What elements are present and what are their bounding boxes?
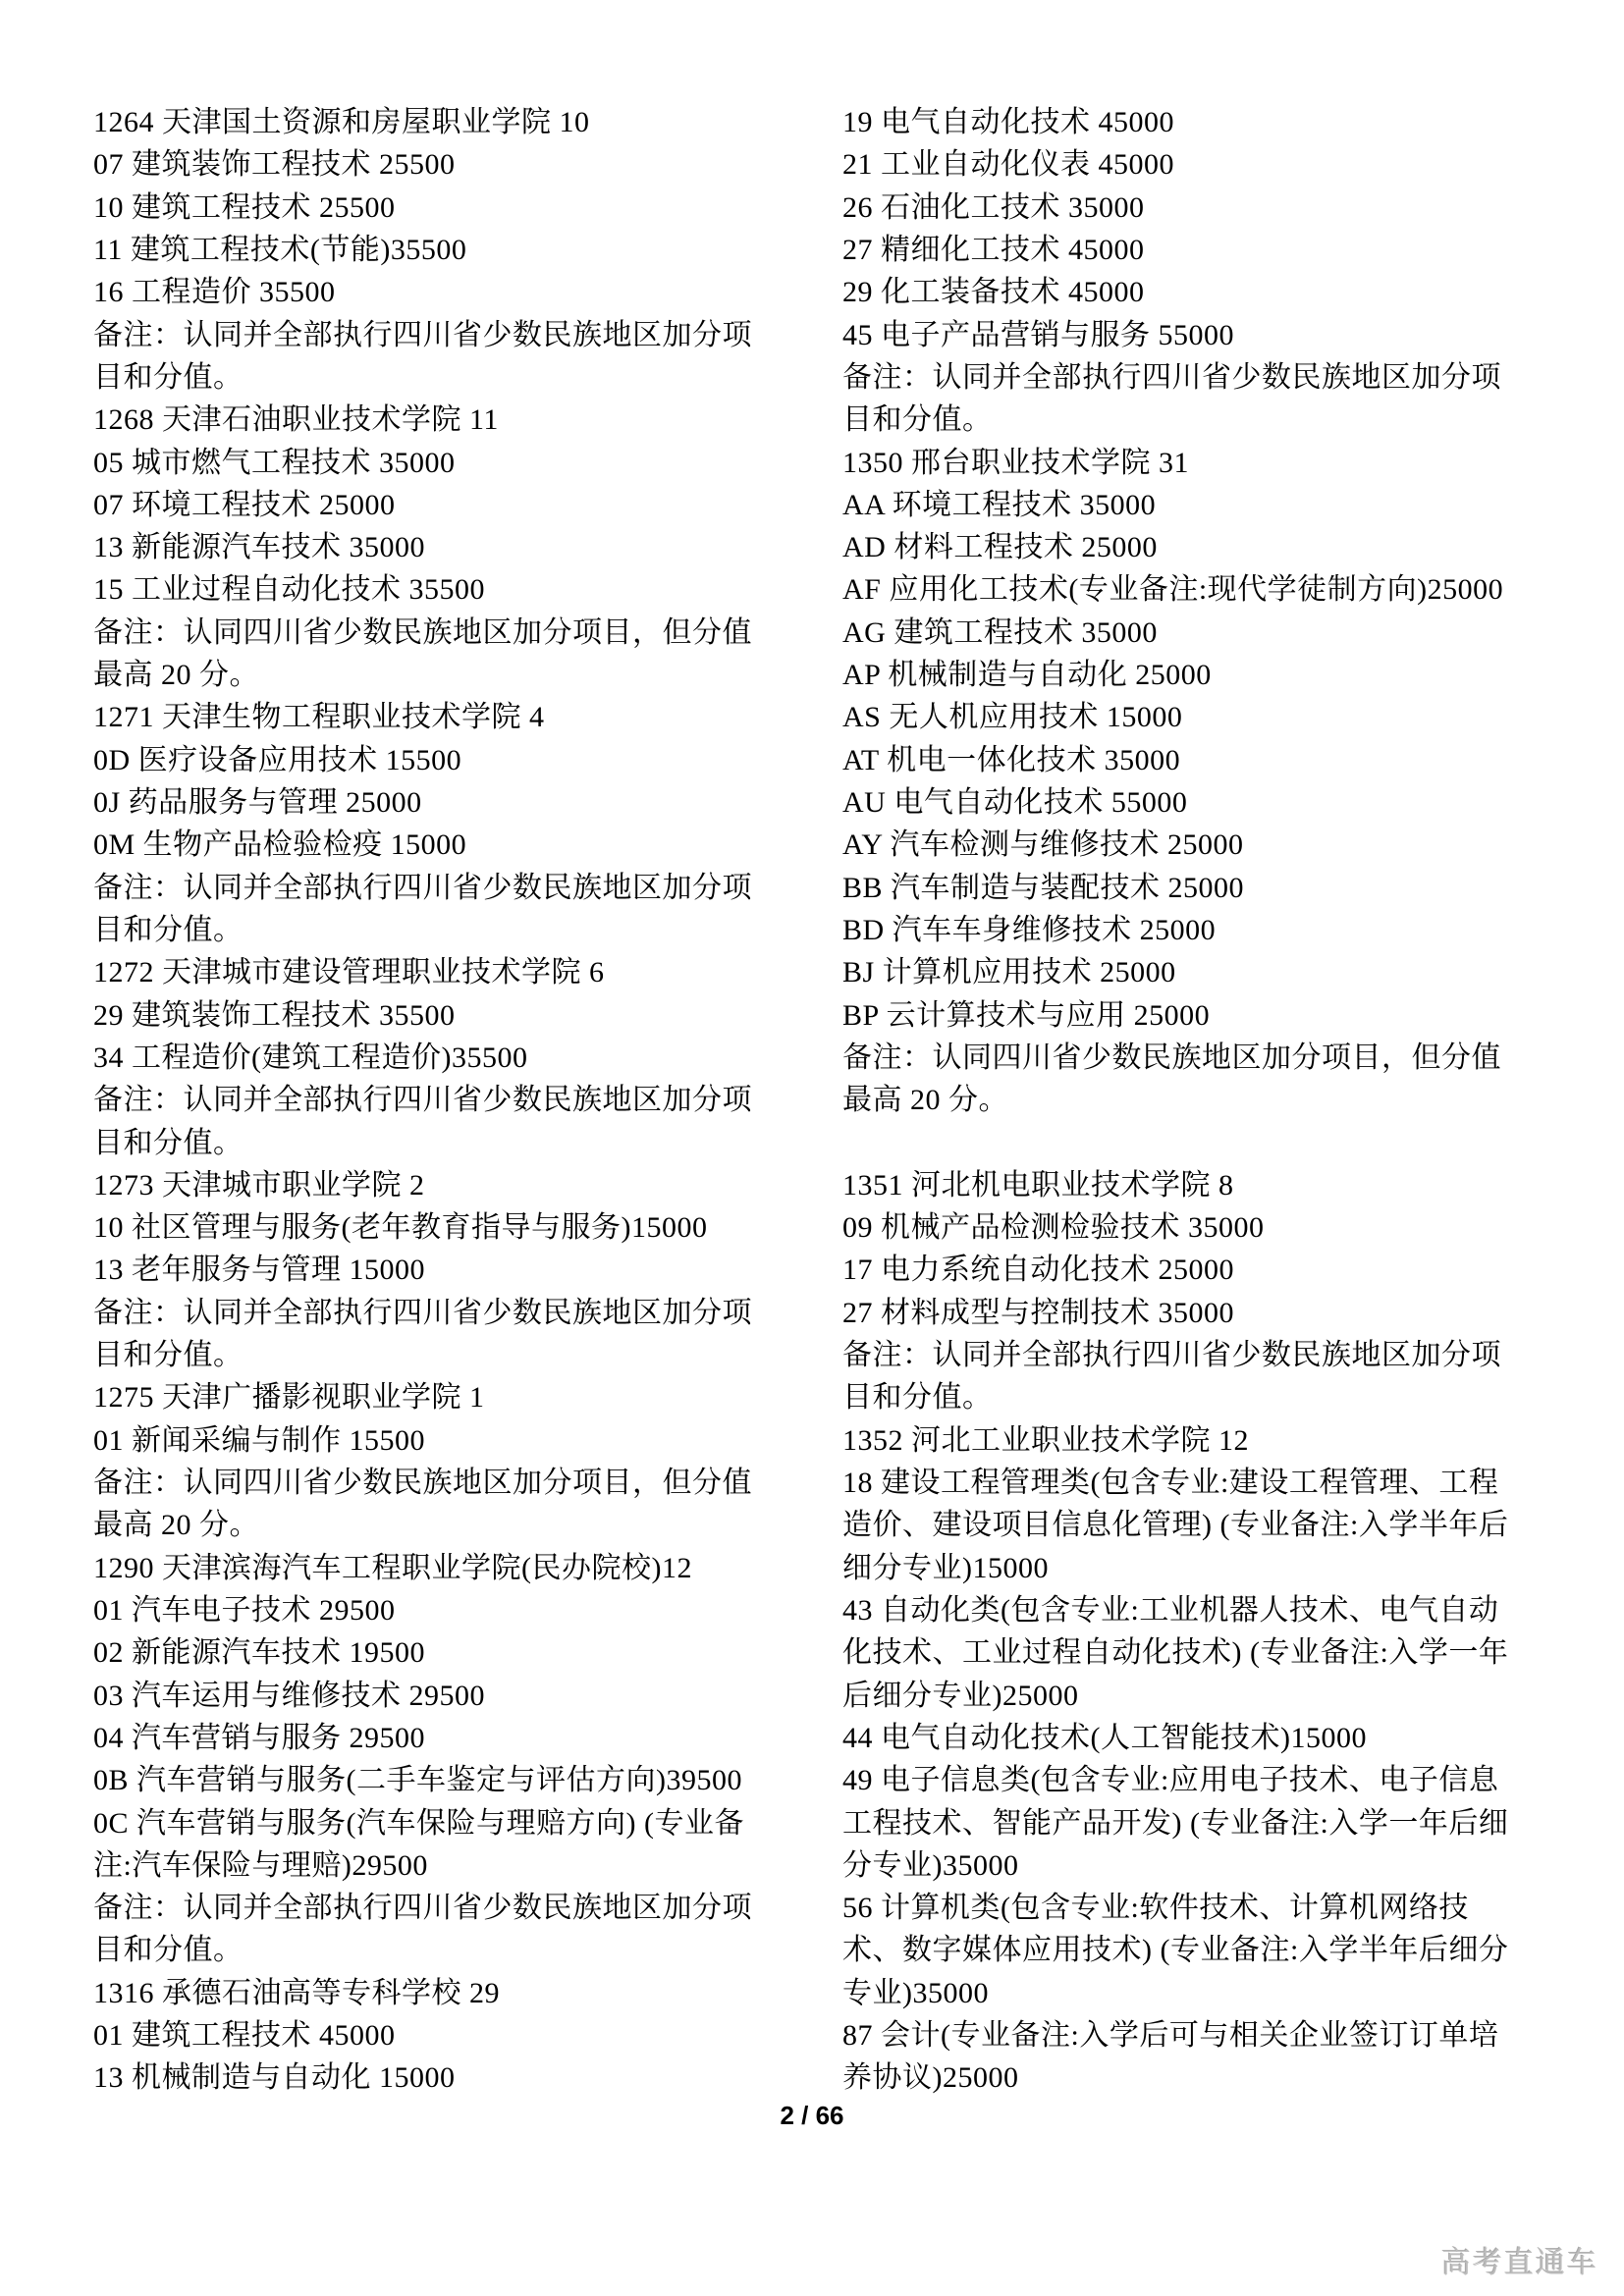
text-line: 1290 天津滨海汽车工程职业学院(民办院校)12 — [93, 1547, 798, 1589]
text-line: 目和分值。 — [93, 909, 798, 951]
text-line: 15 工业过程自动化技术 35500 — [93, 568, 798, 611]
text-line: 11 建筑工程技术(节能)35500 — [93, 229, 798, 271]
text-line: 养协议)25000 — [842, 2056, 1547, 2099]
text-line: 17 电力系统自动化技术 25000 — [842, 1249, 1547, 1291]
text-line: 专业)35000 — [842, 1972, 1547, 2014]
document-page: 1264 天津国土资源和房屋职业学院 1007 建筑装饰工程技术 2550010… — [0, 0, 1624, 2296]
text-line: 目和分值。 — [93, 1929, 798, 1971]
text-line: 分专业)35000 — [842, 1844, 1547, 1887]
text-line: BJ 计算机应用技术 25000 — [842, 951, 1547, 993]
text-line: 43 自动化类(包含专业:工业机器人技术、电气自动 — [842, 1589, 1547, 1631]
page-number: 2 / 66 — [0, 2101, 1624, 2131]
text-line: 19 电气自动化技术 45000 — [842, 101, 1547, 143]
text-line: 1273 天津城市职业学院 2 — [93, 1164, 798, 1206]
text-line: 04 汽车营销与服务 29500 — [93, 1717, 798, 1759]
text-line: AS 无人机应用技术 15000 — [842, 696, 1547, 738]
text-line: 0D 医疗设备应用技术 15500 — [93, 739, 798, 781]
text-line: 07 环境工程技术 25000 — [93, 484, 798, 526]
text-line: AU 电气自动化技术 55000 — [842, 781, 1547, 824]
text-line: 备注：认同四川省少数民族地区加分项目，但分值 — [842, 1037, 1547, 1079]
text-line: BD 汽车车身维修技术 25000 — [842, 909, 1547, 951]
text-line: 备注：认同并全部执行四川省少数民族地区加分项 — [93, 867, 798, 909]
text-line: AD 材料工程技术 25000 — [842, 526, 1547, 568]
text-line: 29 建筑装饰工程技术 35500 — [93, 994, 798, 1037]
text-line: 13 机械制造与自动化 15000 — [93, 2056, 798, 2099]
text-line: 备注：认同并全部执行四川省少数民族地区加分项 — [93, 1292, 798, 1334]
text-line: 27 精细化工技术 45000 — [842, 229, 1547, 271]
text-line: AP 机械制造与自动化 25000 — [842, 654, 1547, 696]
text-line: 1275 天津广播影视职业学院 1 — [93, 1376, 798, 1418]
text-line: 21 工业自动化仪表 45000 — [842, 143, 1547, 186]
text-line: 术、数字媒体应用技术) (专业备注:入学半年后细分 — [842, 1929, 1547, 1971]
text-line: 备注：认同并全部执行四川省少数民族地区加分项 — [842, 356, 1547, 399]
text-line: 目和分值。 — [93, 1334, 798, 1376]
text-line: 备注：认同并全部执行四川省少数民族地区加分项 — [93, 1079, 798, 1121]
text-line: 目和分值。 — [842, 399, 1547, 441]
text-line: 0J 药品服务与管理 25000 — [93, 781, 798, 824]
text-line: 56 计算机类(包含专业:软件技术、计算机网络技 — [842, 1887, 1547, 1929]
text-line: 26 石油化工技术 35000 — [842, 187, 1547, 229]
text-line: 化技术、工业过程自动化技术) (专业备注:入学一年 — [842, 1631, 1547, 1674]
text-line: 最高 20 分。 — [842, 1079, 1547, 1121]
text-line: 注:汽车保险与理赔)29500 — [93, 1844, 798, 1887]
text-line: 备注：认同四川省少数民族地区加分项目，但分值 — [93, 612, 798, 654]
text-line: 目和分值。 — [93, 1122, 798, 1164]
text-line: 07 建筑装饰工程技术 25500 — [93, 143, 798, 186]
text-line: 备注：认同并全部执行四川省少数民族地区加分项 — [93, 314, 798, 356]
text-line: 造价、建设项目信息化管理) (专业备注:入学半年后 — [842, 1504, 1547, 1546]
text-line: 02 新能源汽车技术 19500 — [93, 1631, 798, 1674]
text-line: 18 建设工程管理类(包含专业:建设工程管理、工程 — [842, 1462, 1547, 1504]
text-line: 备注：认同四川省少数民族地区加分项目，但分值 — [93, 1462, 798, 1504]
text-line: 29 化工装备技术 45000 — [842, 271, 1547, 313]
text-line: 01 建筑工程技术 45000 — [93, 2014, 798, 2056]
text-line: 细分专业)15000 — [842, 1547, 1547, 1589]
text-line: 49 电子信息类(包含专业:应用电子技术、电子信息 — [842, 1759, 1547, 1801]
text-line: 0B 汽车营销与服务(二手车鉴定与评估方向)39500 — [93, 1759, 798, 1801]
text-line — [842, 1122, 1547, 1164]
text-line: 45 电子产品营销与服务 55000 — [842, 314, 1547, 356]
text-line: 1351 河北机电职业技术学院 8 — [842, 1164, 1547, 1206]
text-line: 13 新能源汽车技术 35000 — [93, 526, 798, 568]
text-line: 后细分专业)25000 — [842, 1675, 1547, 1717]
text-line: 目和分值。 — [93, 356, 798, 399]
text-line: 1352 河北工业职业技术学院 12 — [842, 1419, 1547, 1462]
text-line: 03 汽车运用与维修技术 29500 — [93, 1675, 798, 1717]
text-line: BB 汽车制造与装配技术 25000 — [842, 867, 1547, 909]
text-line: AF 应用化工技术(专业备注:现代学徒制方向)25000 — [842, 568, 1547, 611]
text-line: 1272 天津城市建设管理职业技术学院 6 — [93, 951, 798, 993]
text-line: 09 机械产品检测检验技术 35000 — [842, 1206, 1547, 1249]
text-line: BP 云计算技术与应用 25000 — [842, 994, 1547, 1037]
text-line: 1271 天津生物工程职业技术学院 4 — [93, 696, 798, 738]
text-line: 1268 天津石油职业技术学院 11 — [93, 399, 798, 441]
text-column-left: 1264 天津国土资源和房屋职业学院 1007 建筑装饰工程技术 2550010… — [93, 101, 798, 2100]
text-line: 1350 邢台职业技术学院 31 — [842, 442, 1547, 484]
text-line: 0C 汽车营销与服务(汽车保险与理赔方向) (专业备 — [93, 1802, 798, 1844]
text-line: 01 新闻采编与制作 15500 — [93, 1419, 798, 1462]
text-line: 工程技术、智能产品开发) (专业备注:入学一年后细 — [842, 1802, 1547, 1844]
text-line: 备注：认同并全部执行四川省少数民族地区加分项 — [93, 1887, 798, 1929]
text-line: 16 工程造价 35500 — [93, 271, 798, 313]
text-line: 最高 20 分。 — [93, 654, 798, 696]
text-line: 34 工程造价(建筑工程造价)35500 — [93, 1037, 798, 1079]
text-line: 最高 20 分。 — [93, 1504, 798, 1546]
text-line: 10 建筑工程技术 25500 — [93, 187, 798, 229]
text-line: AA 环境工程技术 35000 — [842, 484, 1547, 526]
text-line: 目和分值。 — [842, 1376, 1547, 1418]
text-line: 87 会计(专业备注:入学后可与相关企业签订订单培 — [842, 2014, 1547, 2056]
text-line: 01 汽车电子技术 29500 — [93, 1589, 798, 1631]
text-line: 10 社区管理与服务(老年教育指导与服务)15000 — [93, 1206, 798, 1249]
watermark: 高考直通车 — [1441, 2238, 1598, 2281]
text-line: 1264 天津国土资源和房屋职业学院 10 — [93, 101, 798, 143]
text-line: 0M 生物产品检验检疫 15000 — [93, 824, 798, 866]
text-line: 1316 承德石油高等专科学校 29 — [93, 1972, 798, 2014]
text-line: AG 建筑工程技术 35000 — [842, 612, 1547, 654]
text-line: AT 机电一体化技术 35000 — [842, 739, 1547, 781]
text-line: 05 城市燃气工程技术 35000 — [93, 442, 798, 484]
text-line: 44 电气自动化技术(人工智能技术)15000 — [842, 1717, 1547, 1759]
text-line: 13 老年服务与管理 15000 — [93, 1249, 798, 1291]
text-column-right: 19 电气自动化技术 4500021 工业自动化仪表 4500026 石油化工技… — [842, 101, 1547, 2100]
text-line: AY 汽车检测与维修技术 25000 — [842, 824, 1547, 866]
text-line: 备注：认同并全部执行四川省少数民族地区加分项 — [842, 1334, 1547, 1376]
text-line: 27 材料成型与控制技术 35000 — [842, 1292, 1547, 1334]
